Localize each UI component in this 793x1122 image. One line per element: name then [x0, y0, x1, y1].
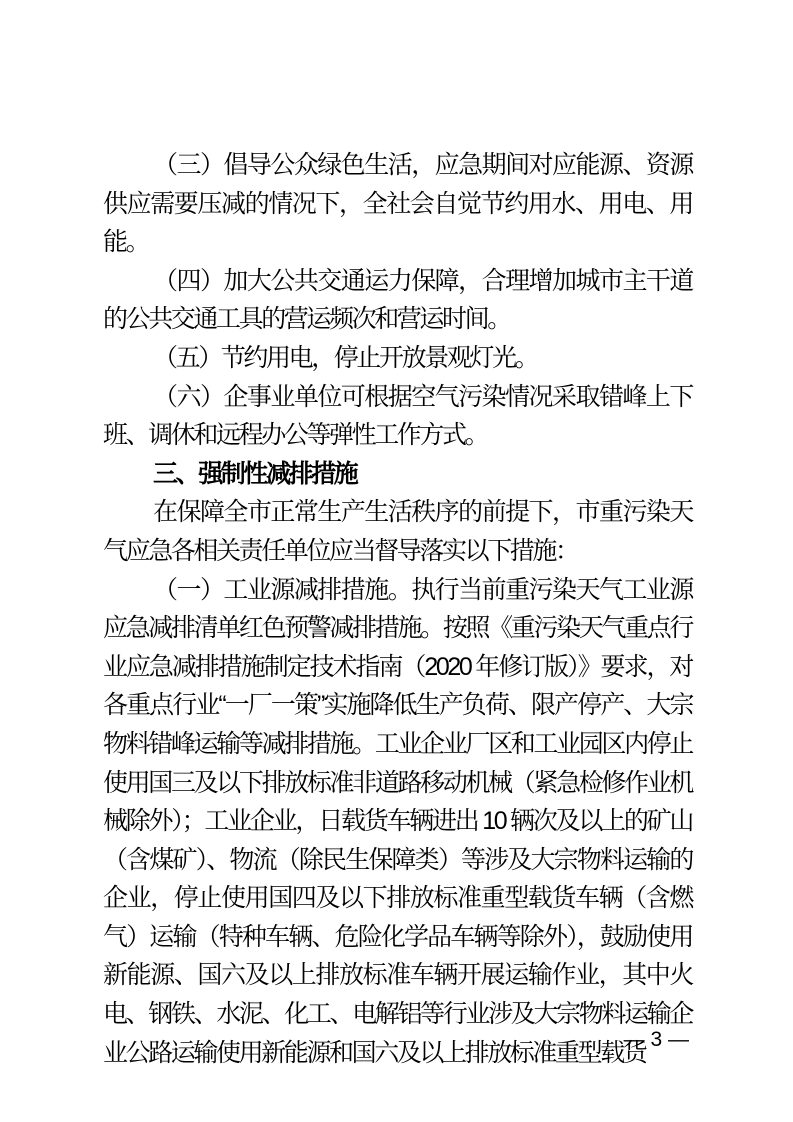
paragraph: （三）倡导公众绿色生活，应急期间对应能源、资源供应需要压减的情况下，全社会自觉节… — [103, 146, 692, 262]
paragraph: （一）工业源减排措施。执行当前重污染天气工业源应急减排清单红色预警减排措施。按照… — [103, 571, 692, 1073]
paragraph: 在保障全市正常生产生活秩序的前提下，市重污染天气应急各相关责任单位应当督导落实以… — [103, 493, 692, 570]
page-number: — 3 — — [624, 1028, 689, 1052]
paragraph: （五）节约用电，停止开放景观灯光。 — [103, 339, 692, 378]
paragraph: （四）加大公共交通运力保障，合理增加城市主干道的公共交通工具的营运频次和营运时间… — [103, 262, 692, 339]
paragraph: （六）企事业单位可根据空气污染情况采取错峰上下班、调休和远程办公等弹性工作方式。 — [103, 378, 692, 455]
document-body: （三）倡导公众绿色生活，应急期间对应能源、资源供应需要压减的情况下，全社会自觉节… — [103, 146, 692, 1072]
document-page: （三）倡导公众绿色生活，应急期间对应能源、资源供应需要压减的情况下，全社会自觉节… — [0, 0, 793, 1122]
paragraph: 三、强制性减排措施 — [103, 455, 692, 494]
